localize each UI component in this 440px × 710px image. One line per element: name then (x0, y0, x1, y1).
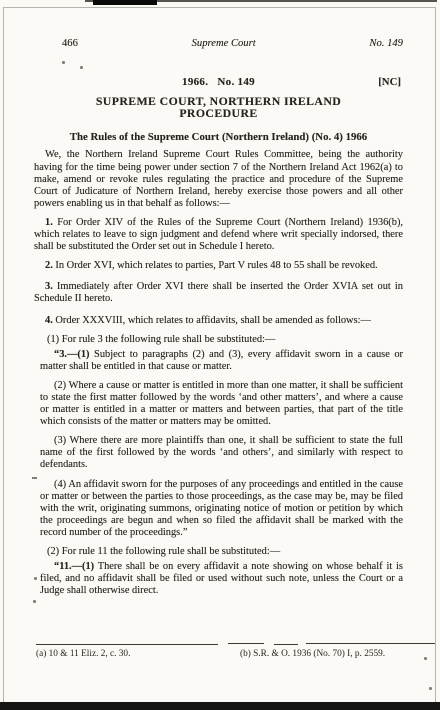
corner-mark: [NC] (378, 76, 401, 88)
footnote-b: (b) S.R. & O. 1936 (No. 70) I, p. 2559. (240, 649, 385, 659)
scan-speck (429, 687, 432, 690)
para-3: 3. Immediately after Order XVI there sha… (34, 281, 403, 305)
para-2: 2. In Order XVI, which relates to partie… (34, 260, 403, 272)
quoted-rule-3-1-text: Subject to paragraphs (2) and (3), every… (40, 349, 403, 372)
para-4-sub-1: (1) For rule 3 the following rule shall … (47, 334, 403, 346)
quoted-rule-3-3: (3) Where there are more plaintiffs than… (40, 435, 403, 471)
para-4-text: Order XXXVIII, which relates to affidavi… (55, 315, 370, 326)
para-4: 4. Order XXXVIII, which relates to affid… (34, 315, 403, 327)
para-4-sub-1-text: For rule 3 the following rule shall be s… (62, 334, 276, 345)
quoted-rule-3-3-number: (3) (54, 435, 66, 446)
para-4-number: 4. (45, 315, 53, 326)
para-4-sub-2-text: For rule 11 the following rule shall be … (62, 546, 280, 557)
para-4-sub-2: (2) For rule 11 the following rule shall… (47, 546, 403, 558)
scan-speck (33, 600, 36, 603)
footnote-rule-segment (274, 644, 298, 645)
footnote-a: (a) 10 & 11 Eliz. 2, c. 30. (36, 649, 130, 659)
running-header: 466 Supreme Court No. 149 (34, 38, 403, 50)
quoted-rule-3-4: (4) An affidavit sworn for the purposes … (40, 479, 403, 539)
running-header-number: No. 149 (369, 38, 403, 50)
page-content: 466 Supreme Court No. 149 1966. No. 149 … (0, 0, 440, 597)
para-4-sub-1-number: (1) (47, 334, 59, 345)
court-subtitle: PROCEDURE (34, 107, 403, 119)
quoted-rule-3-2: (2) Where a cause or matter is entitled … (40, 380, 403, 428)
footnote-rule-segment (36, 644, 218, 645)
para-1: 1. For Order XIV of the Rules of the Sup… (34, 217, 403, 253)
quoted-rule-3-2-text: Where a cause or matter is entitled in m… (40, 380, 403, 427)
quoted-rule-3-3-text: Where there are more plaintiffs than one… (40, 435, 403, 470)
quoted-rule-3-1-number: “3.—(1) (54, 349, 90, 360)
rules-title: The Rules of the Supreme Court (Northern… (34, 131, 403, 143)
quoted-rule-11-1-number: “11.—(1) (54, 561, 94, 572)
quoted-rule-3-2-number: (2) (54, 380, 66, 391)
scan-speck (424, 657, 427, 660)
doc-number-row: 1966. No. 149 [NC] (34, 76, 403, 89)
para-2-text: In Order XVI, which relates to parties, … (55, 260, 377, 271)
page-number: 466 (34, 38, 78, 50)
quoted-rule-3-4-number: (4) (54, 479, 66, 490)
quoted-rule-3-1: “3.—(1) Subject to paragraphs (2) and (3… (40, 349, 403, 373)
para-3-text: Immediately after Order XVI there shall … (34, 281, 403, 304)
para-1-number: 1. (45, 217, 53, 228)
quoted-rule-3-4-text: An affidavit sworn for the purposes of a… (40, 479, 403, 538)
para-4-sub-2-number: (2) (47, 546, 59, 557)
para-1-text: For Order XIV of the Rules of the Suprem… (34, 217, 403, 252)
quoted-rule-11-1-text: There shall be on every affidavit a note… (40, 561, 403, 596)
footnote-rule-segment (306, 643, 435, 644)
quoted-rule-11-1: “11.—(1) There shall be on every affidav… (40, 561, 403, 597)
para-3-number: 3. (45, 281, 53, 292)
scan-artifact-bottom-bar (0, 702, 440, 710)
footnote-rule-segment (228, 643, 264, 644)
doc-number: 1966. No. 149 (182, 76, 255, 88)
para-2-number: 2. (45, 260, 53, 271)
document-page: 466 Supreme Court No. 149 1966. No. 149 … (0, 0, 440, 710)
running-header-title: Supreme Court (192, 38, 256, 50)
preamble: We, the Northern Ireland Supreme Court R… (34, 149, 403, 209)
